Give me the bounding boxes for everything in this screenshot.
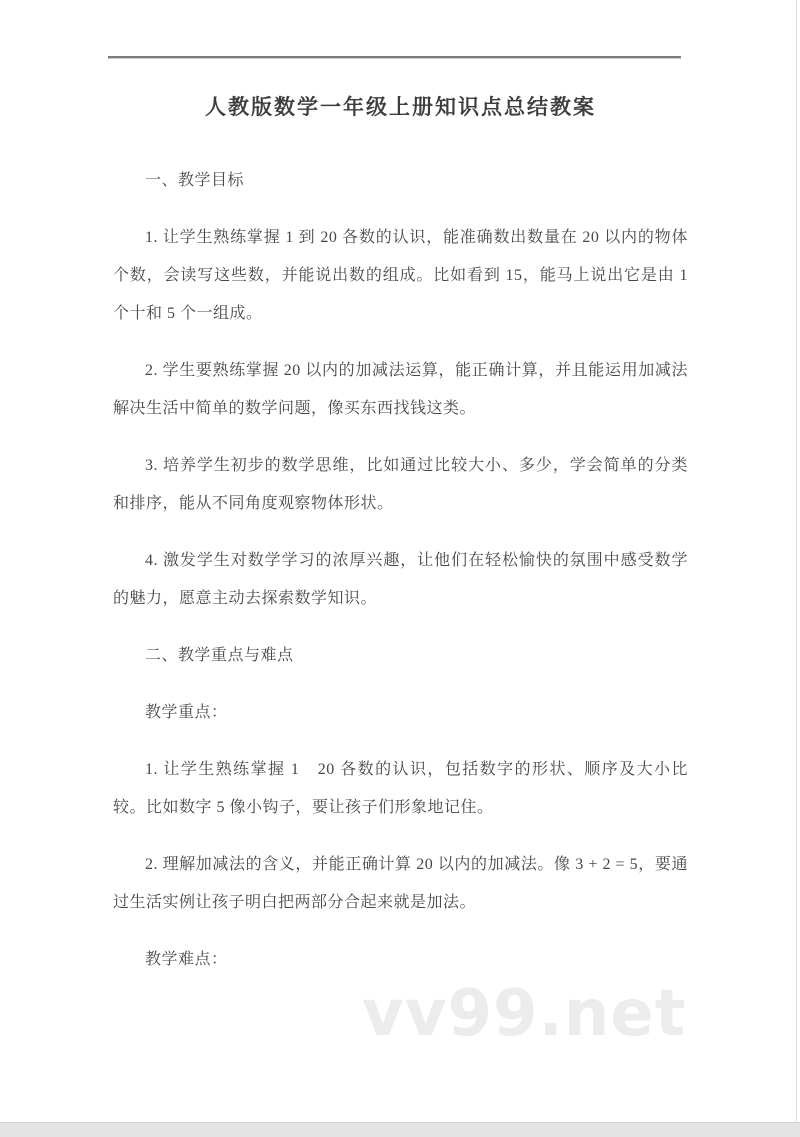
document-page: vv99.net 人教版数学一年级上册知识点总结教案 一、教学目标 1. 让学生… xyxy=(0,0,800,1137)
paragraph-objective-4: 4. 激发学生对数学学习的浓厚兴趣，让他们在轻松愉快的氛围中感受数学的魅力，愿意… xyxy=(113,542,688,618)
paragraph-key-point-2: 2. 理解加减法的含义，并能正确计算 20 以内的加减法。像 3 + 2 = 5… xyxy=(113,846,688,922)
doc-title: 人教版数学一年级上册知识点总结教案 xyxy=(113,92,688,122)
subsection-label-difficulties: 教学难点： xyxy=(113,941,688,979)
document-body: 人教版数学一年级上册知识点总结教案 一、教学目标 1. 让学生熟练掌握 1 到 … xyxy=(113,0,688,998)
section-heading-key-points: 二、教学重点与难点 xyxy=(113,637,688,675)
page-right-edge xyxy=(796,0,797,1123)
paragraph-objective-3: 3. 培养学生初步的数学思维，比如通过比较大小、多少，学会简单的分类和排序，能从… xyxy=(113,447,688,523)
bottom-bar xyxy=(0,1122,800,1137)
subsection-label-key-points: 教学重点： xyxy=(113,694,688,732)
paragraph-key-point-1: 1. 让学生熟练掌握 1 20 各数的认识，包括数字的形状、顺序及大小比较。比如… xyxy=(113,751,688,827)
paragraph-objective-1: 1. 让学生熟练掌握 1 到 20 各数的认识，能准确数出数量在 20 以内的物… xyxy=(113,219,688,333)
paragraph-objective-2: 2. 学生要熟练掌握 20 以内的加减法运算，能正确计算，并且能运用加减法解决生… xyxy=(113,352,688,428)
section-heading-objectives: 一、教学目标 xyxy=(113,162,688,200)
